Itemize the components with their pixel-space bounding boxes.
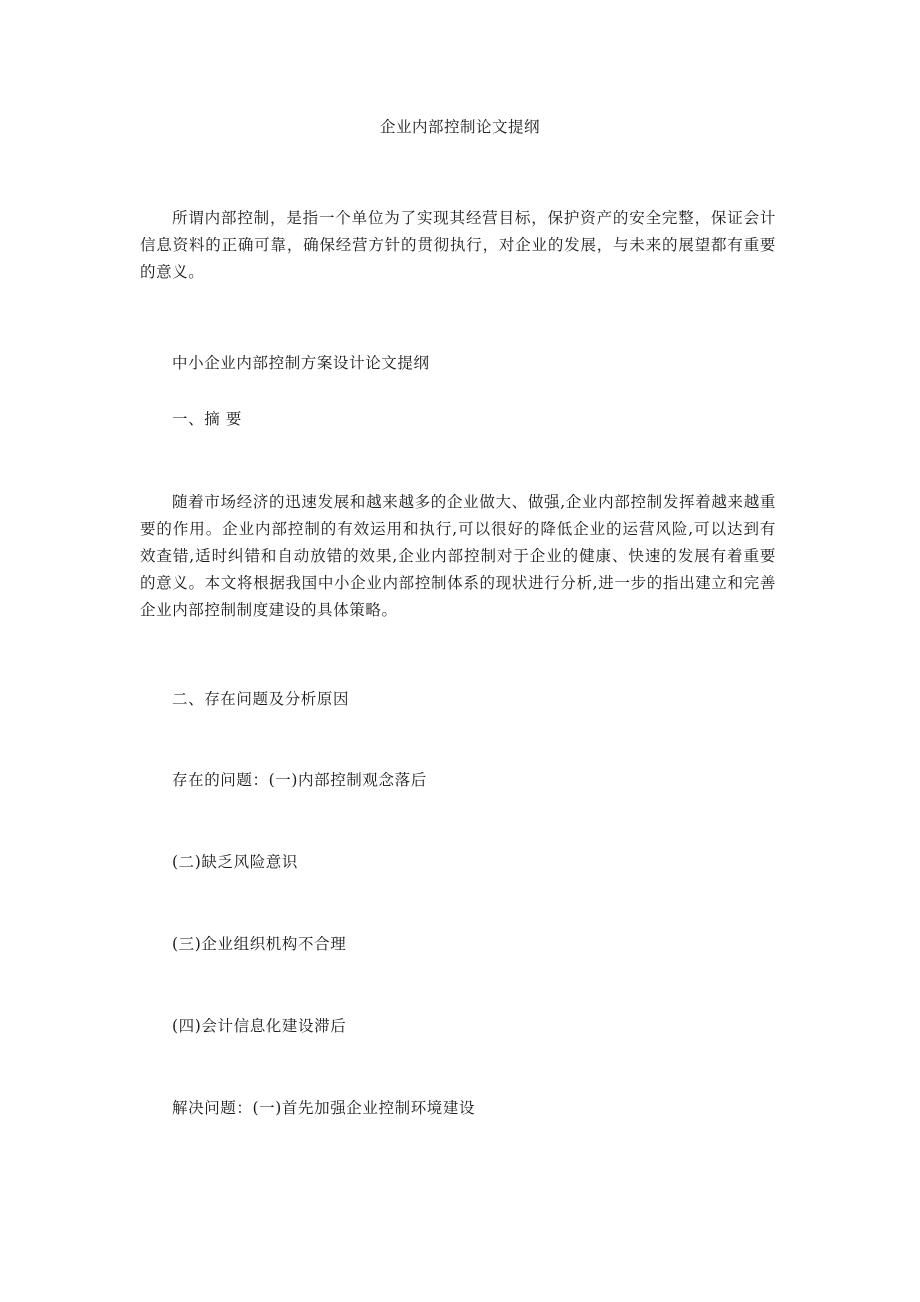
section-1-abstract-paragraph: 随着市场经济的迅速发展和越来越多的企业做大、做强,企业内部控制发挥着越来越重要的… (140, 489, 776, 624)
document-title: 企业内部控制论文提纲 (0, 116, 920, 138)
problem-item: (三)企业组织机构不合理 (172, 933, 346, 955)
problems-line-1: 存在的问题：(一)内部控制观念落后 (172, 769, 427, 791)
section-1-heading: 一、摘 要 (172, 408, 242, 430)
problem-item: (二)缺乏风险意识 (172, 851, 298, 873)
section-2-heading: 二、存在问题及分析原因 (172, 688, 349, 710)
solutions-line-1: 解决问题：(一)首先加强企业控制环境建设 (172, 1097, 475, 1119)
problem-item: (四)会计信息化建设滞后 (172, 1015, 346, 1037)
document-page: 企业内部控制论文提纲 所谓内部控制，是指一个单位为了实现其经营目标，保护资产的安… (0, 0, 920, 1302)
subtitle: 中小企业内部控制方案设计论文提纲 (172, 352, 430, 374)
intro-paragraph: 所谓内部控制，是指一个单位为了实现其经营目标，保护资产的安全完整，保证会计信息资… (140, 205, 776, 286)
